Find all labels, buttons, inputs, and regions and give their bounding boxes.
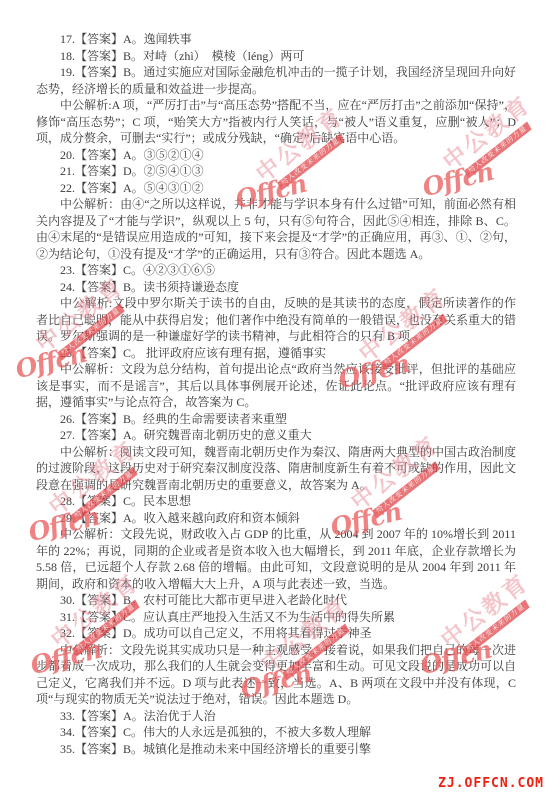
answer-paragraph: 中公解析：文段为总分结构，首句提出论点“政府当然应该接受批评，但批评的基础应该是… xyxy=(36,361,516,411)
answer-paragraph: 31.【答案】C。应认真庄严地投入生活又不为生活中的得失所累 xyxy=(36,609,516,626)
footer-site-url: ZJ.OFFCN.COM xyxy=(438,776,544,791)
answer-paragraph: 21.【答案】D。②⑤④①③ xyxy=(36,163,516,180)
answer-paragraph: 22.【答案】A。⑤④③①② xyxy=(36,180,516,197)
answer-paragraph: 中公解析：文段先说其实成功只是一种主观感受，接着说，如果我们把自己的每一次进步都… xyxy=(36,642,516,708)
answer-paragraph: 28.【答案】C。民本思想 xyxy=(36,493,516,510)
answer-sheet-page: 17.【答案】A。逸闻轶事18.【答案】B。对峙（zhì） 模棱（léng）两可… xyxy=(0,0,550,801)
answer-paragraph: 24.【答案】B。读书须持谦逊态度 xyxy=(36,279,516,296)
answer-paragraph: 17.【答案】A。逸闻轶事 xyxy=(36,31,516,48)
answer-paragraph: 中公解析：阅读文段可知，魏晋南北朝历史作为秦汉、隋唐两大典型的中国古政治制度的过… xyxy=(36,444,516,494)
answer-paragraph: 32.【答案】D。成功可以自己定义，不用将其看得过于神圣 xyxy=(36,625,516,642)
answer-paragraph: 26.【答案】B。经典的生命需要读者来重塑 xyxy=(36,411,516,428)
answer-paragraph: 20.【答案】A。③⑤②①④ xyxy=(36,147,516,164)
answer-paragraph: 中公解析:A 项，“严厉打击”与“高压态势”搭配不当，应在“严厉打击”之前添加“… xyxy=(36,97,516,147)
answer-paragraph: 中公解析：由④“之所以这样说，并非才能与学识本身有什么过错”可知，前面必然有相关… xyxy=(36,196,516,262)
answer-paragraph: 29.【答案】A。收入越来越向政府和资本倾斜 xyxy=(36,510,516,527)
answer-paragraph: 34.【答案】C。伟大的人永远是孤独的，不被大多数人理解 xyxy=(36,724,516,741)
answer-paragraph: 33.【答案】A。法治优于人治 xyxy=(36,708,516,725)
answer-paragraph: 27.【答案】A。研究魏晋南北朝历史的意义重大 xyxy=(36,427,516,444)
answer-paragraph: 25.【答案】C。 批评政府应该有理有据，遵循事实 xyxy=(36,345,516,362)
answer-paragraph: 23.【答案】C。④②③①⑥⑤ xyxy=(36,262,516,279)
document-body: 17.【答案】A。逸闻轶事18.【答案】B。对峙（zhì） 模棱（léng）两可… xyxy=(36,31,516,757)
answer-paragraph: 中公解析:文段中罗尔斯关于读书的自由，反映的是其读书的态度，假定所读著作的作者比… xyxy=(36,295,516,345)
answer-paragraph: 中公解析：文段先说，财政收入占 GDP 的比重，从 2004 到 2007 年的… xyxy=(36,526,516,592)
answer-paragraph: 19.【答案】B。通过实施应对国际金融危机冲击的一揽子计划，我国经济呈现回升向好… xyxy=(36,64,516,97)
answer-paragraph: 30.【答案】B。农村可能比大都市更早进入老龄化时代 xyxy=(36,592,516,609)
answer-paragraph: 35.【答案】B。城镇化是推动未来中国经济增长的重要引擎 xyxy=(36,741,516,758)
answer-paragraph: 18.【答案】B。对峙（zhì） 模棱（léng）两可 xyxy=(36,48,516,65)
